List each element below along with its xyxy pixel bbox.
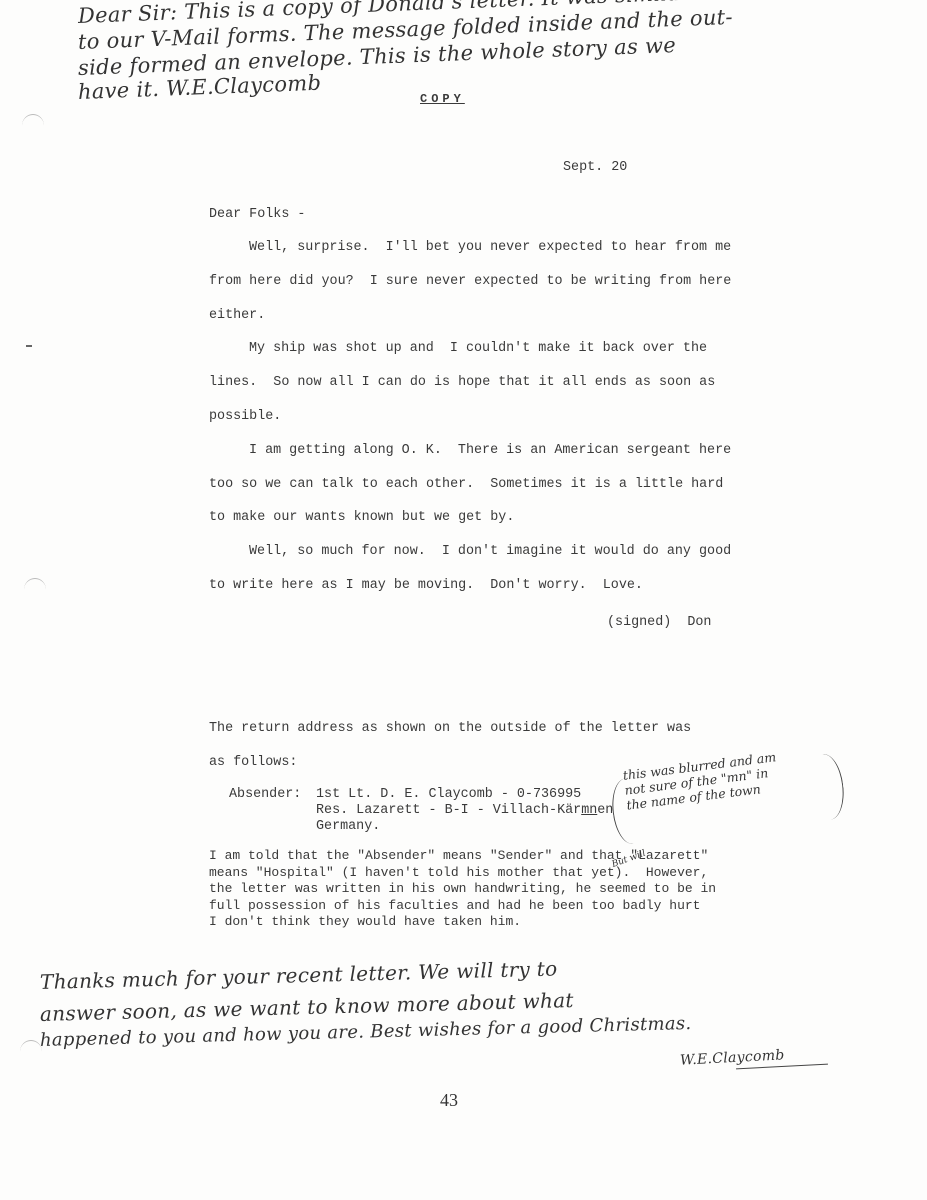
letter-signature: (signed) Don xyxy=(607,615,711,630)
return-address-intro: The return address as shown on the outsi… xyxy=(209,721,691,736)
letter-line: Well, surprise. I'll bet you never expec… xyxy=(249,240,731,255)
return-address-intro: as follows: xyxy=(209,755,297,770)
letter-line: either. xyxy=(209,308,265,323)
explanation-line: I don't think they would have taken him. xyxy=(209,914,716,931)
handwritten-signature: W.E.Claycomb xyxy=(680,1047,785,1068)
copy-heading: COPY xyxy=(420,92,465,106)
margin-mark xyxy=(26,345,32,347)
explanation-line: full possession of his faculties and had… xyxy=(209,898,716,915)
address-text: en xyxy=(597,803,613,818)
page-number: 43 xyxy=(440,1090,458,1111)
handwritten-note-line: Thanks much for your recent letter. We w… xyxy=(40,956,558,994)
letter-line: to make our wants known but we get by. xyxy=(209,510,514,525)
letter-line: possible. xyxy=(209,409,281,424)
explanation-line: the letter was written in his own handwr… xyxy=(209,881,716,898)
address-line: 1st Lt. D. E. Claycomb - 0-736995 xyxy=(316,787,581,802)
letter-line: too so we can talk to each other. Someti… xyxy=(209,477,723,492)
letter-date: Sept. 20 xyxy=(563,160,627,175)
explanation-line: means "Hospital" (I haven't told his mot… xyxy=(209,865,716,882)
letter-line: to write here as I may be moving. Don't … xyxy=(209,578,643,593)
address-text: Res. Lazarett - B-I - Villach-Kär xyxy=(316,803,581,818)
address-underlined-letters: mn xyxy=(581,803,597,818)
letter-line: My ship was shot up and I couldn't make … xyxy=(249,341,707,356)
letter-line: Well, so much for now. I don't imagine i… xyxy=(249,544,731,559)
margin-hole-mark xyxy=(22,114,44,137)
absender-label: Absender: xyxy=(229,787,301,802)
letter-line: lines. So now all I can do is hope that … xyxy=(209,375,715,390)
salutation: Dear Folks - xyxy=(209,207,305,222)
document-page: Dear Sir: This is a copy of Donald's let… xyxy=(0,0,927,1200)
letter-line: I am getting along O. K. There is an Ame… xyxy=(249,443,731,458)
address-line: Germany. xyxy=(316,819,380,834)
letter-line: from here did you? I sure never expected… xyxy=(209,274,731,289)
address-line: Res. Lazarett - B-I - Villach-Kärmnen xyxy=(316,803,613,818)
margin-hole-mark xyxy=(20,1040,42,1063)
margin-hole-mark xyxy=(24,578,46,601)
